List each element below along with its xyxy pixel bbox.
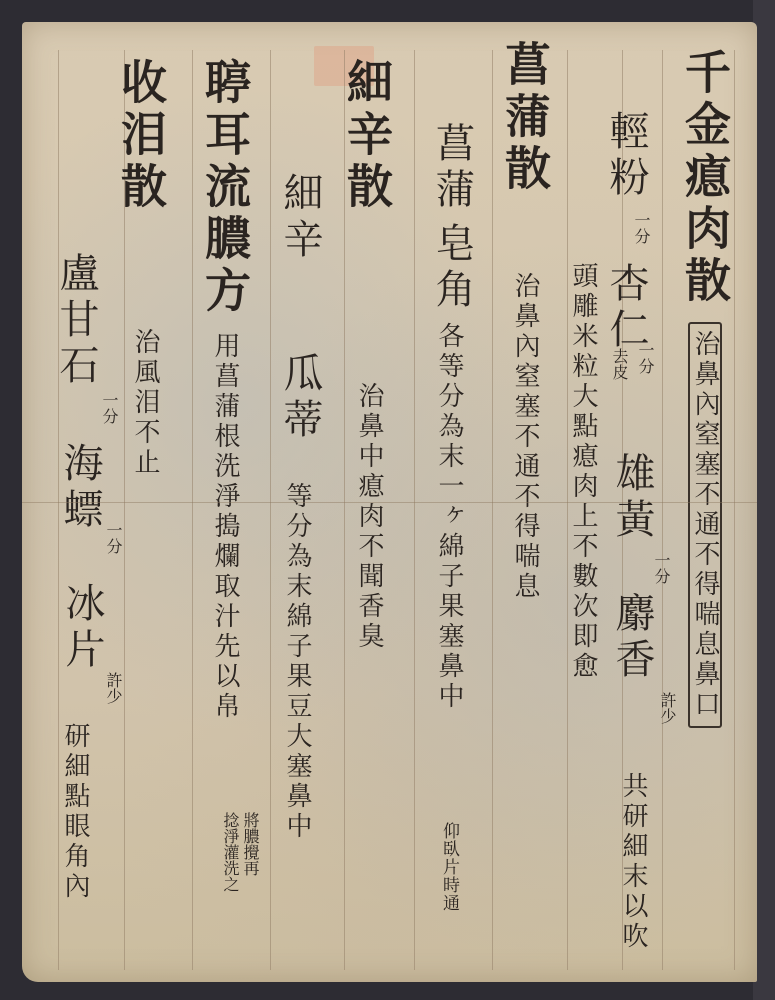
ingredient-qingfen: 輕粉: [606, 110, 646, 202]
boxed-indication-note: 治鼻內窒塞不通不得喘息鼻口: [688, 322, 722, 728]
note-xingren: 去皮: [608, 348, 631, 380]
qty-xingren: 一分: [634, 342, 657, 374]
ingredient-guadi: 瓜蒂: [280, 352, 320, 444]
qty-xionghuang: 一分: [650, 552, 673, 584]
ingredient-xionghuang: 雄黃: [612, 452, 652, 544]
indication-xixin: 治鼻中瘜肉不聞香臭: [356, 382, 382, 652]
ingredient-changpu: 菖蒲: [432, 122, 472, 214]
column-rule: [492, 50, 493, 970]
indication-changpu: 治鼻內窒塞不通不得喘息: [512, 272, 538, 602]
qty-haipiao: 一分: [102, 522, 125, 554]
manuscript-page: 千金瘜肉散 治鼻內窒塞不通不得喘息鼻口 輕粉 一分 杏仁 一分 去皮 雄黃 一分…: [22, 22, 757, 982]
application-text: 頭雕米粒大點瘜肉上不數次即愈: [570, 262, 596, 682]
ingredient-bingpian: 冰片: [62, 582, 102, 674]
indication-shoulei: 治風泪不止: [132, 328, 158, 478]
recipe-title-qianjin: 千金瘜肉散: [682, 48, 728, 308]
column-rule: [734, 50, 735, 970]
ingredient-shexiang: 麝香: [612, 592, 652, 684]
qty-qingfen: 一分: [630, 212, 653, 244]
recipe-title-tinger: 聤耳流膿方: [202, 58, 248, 318]
instruction-grind-blow: 共研細末以吹: [620, 772, 646, 952]
qty-luganshi: 一分: [98, 392, 121, 424]
column-rule: [192, 50, 193, 970]
column-rule: [270, 50, 271, 970]
note-split-left: 捻淨灌洗之: [222, 812, 239, 892]
column-rule: [662, 50, 663, 970]
column-rule: [414, 50, 415, 970]
recipe-title-shoulei: 收泪散: [118, 58, 164, 214]
qty-shexiang: 許少: [656, 692, 679, 724]
recipe-title-xixin: 細辛散: [344, 58, 390, 214]
instruction-eye: 研細點眼角內: [62, 722, 88, 902]
preparation-tinger: 用菖蒲根洗淨搗爛取汁先以帛: [212, 332, 238, 722]
ingredient-xixin: 細辛: [280, 172, 320, 264]
recipe-title-changpu: 菖蒲散: [502, 40, 548, 196]
ingredient-haipiao: 海螵: [60, 442, 100, 534]
ingredient-luganshi: 盧甘石: [56, 252, 96, 390]
instruction-lie-down: 仰臥片時通: [440, 822, 457, 912]
qty-bingpian: 許少: [102, 672, 125, 704]
note-split-right: 將膿攪再: [242, 812, 259, 876]
ingredient-zaojiao: 皂角: [432, 222, 472, 314]
preparation-changpu: 各等分為末一ヶ綿子果塞鼻中: [436, 322, 462, 712]
ingredient-xingren: 杏仁: [606, 262, 646, 354]
preparation-xixin: 等分為末綿子果豆大塞鼻中: [284, 482, 310, 842]
